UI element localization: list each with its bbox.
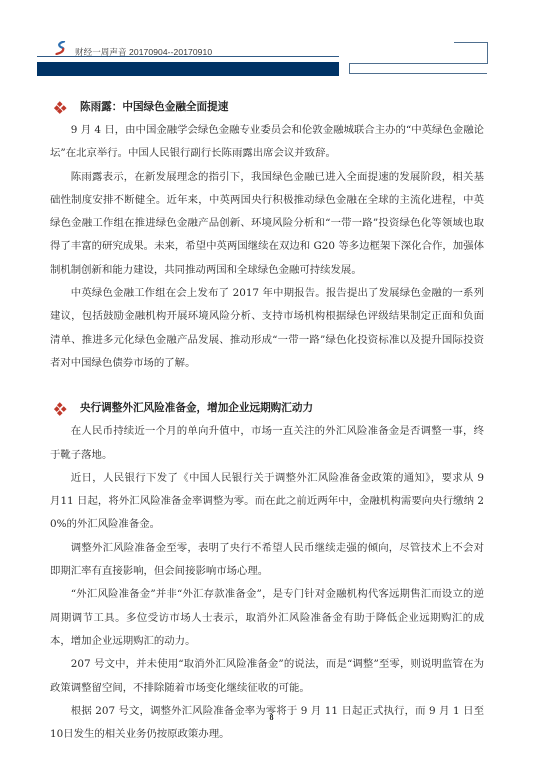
header-blue-bar [37, 62, 339, 76]
section-heading-text: 央行调整外汇风险准备金，增加企业远期购汇动力 [80, 397, 313, 420]
red-diamond-bullet-icon [54, 102, 66, 114]
s-swoosh-logo-icon [55, 41, 67, 55]
paragraph: 调整外汇风险准备金至零，表明了央行不希望人民币继续走强的倾向，尽管技术上不会对即… [50, 537, 484, 584]
red-diamond-bullet-icon [54, 403, 66, 415]
section-fx-reserve: 央行调整外汇风险准备金，增加企业远期购汇动力 在人民币持续近一个月的单向升值中，… [50, 397, 484, 746]
section-green-finance: 陈雨露：中国绿色金融全面提速 9 月 4 日，由中国金融学会绿色金融专业委员会和… [50, 96, 484, 375]
paragraph: 207 号文中，并未使用“取消外汇风险准备金”的说法，而是“调整”至零，则说明监… [50, 653, 484, 700]
paragraph: 中英绿色金融工作组在会上发布了 2017 年中期报告。报告提出了发展绿色金融的一… [50, 282, 484, 375]
section-heading-text: 陈雨露：中国绿色金融全面提速 [80, 96, 228, 119]
header-rule-line [37, 56, 339, 57]
section-heading: 陈雨露：中国绿色金融全面提速 [50, 96, 484, 119]
document-body: 陈雨露：中国绿色金融全面提速 9 月 4 日，由中国金融学会绿色金融专业委员会和… [50, 96, 484, 746]
section-spacer [50, 375, 484, 397]
page-number: 8 [0, 713, 543, 722]
header-bracket-decoration [454, 42, 488, 64]
paragraph: 近日，人民银行下发了《中国人民银行关于调整外汇风险准备金政策的通知》，要求从 9… [50, 467, 484, 537]
paragraph: 9 月 4 日，由中国金融学会绿色金融专业委员会和伦敦金融城联合主办的“中英绿色… [50, 119, 484, 166]
paragraph: 陈雨露表示，在新发展理念的指引下，我国绿色金融已进入全面提速的发展阶段，相关基础… [50, 166, 484, 282]
paragraph: 在人民币持续近一个月的单向升值中，市场一直关注的外汇风险准备金是否调整一事，终于… [50, 420, 484, 467]
paragraph: 根据 207 号文，调整外汇风险准备金率为零将于 9 月 11 日起正式执行，而… [50, 700, 484, 747]
page-header: 财经一周声音 20170904--20170910 [0, 0, 543, 80]
section-heading: 央行调整外汇风险准备金，增加企业远期购汇动力 [50, 397, 484, 420]
paragraph: “外汇风险准备金”并非“外汇存款准备金”，是专门针对金融机构代客远期售汇而设立的… [50, 583, 484, 653]
header-bracket-frame [349, 63, 487, 74]
